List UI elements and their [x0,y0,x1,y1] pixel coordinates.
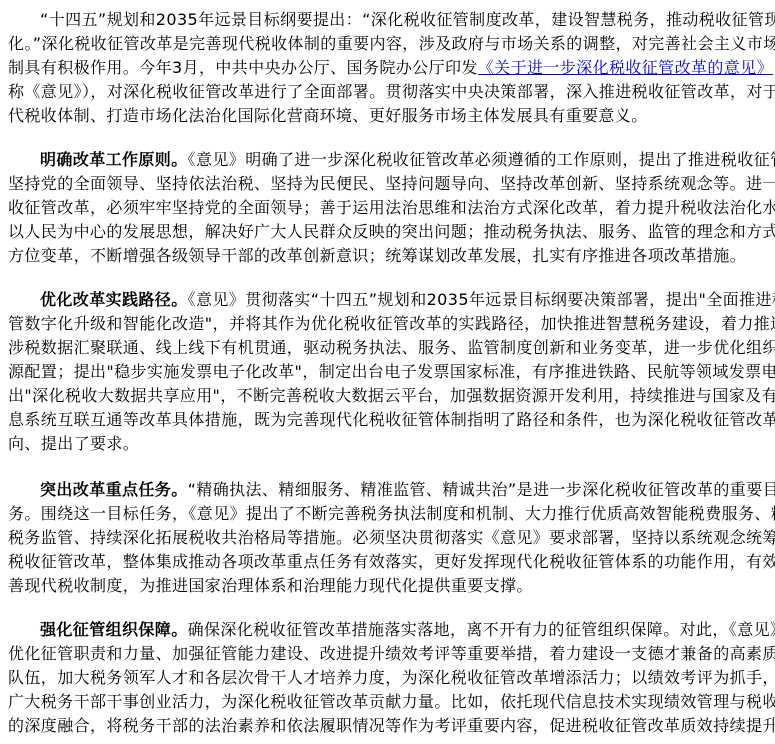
text-line: 优化改革实践路径。《意见》贯彻落实“十四五”规划和2035年远景目标纲要决策部署… [40,288,775,312]
text-line: 收征管改革，必须牢牢坚持党的全面领导；善于运用法治思维和法治方式深化改革，着力提… [8,196,775,220]
text-line: 涉税数据汇聚联通、线上线下有机贯通，驱动税务执法、服务、监管制度创新和业务变革，… [8,336,775,360]
text-line: 化。”深化税收征管改革是完善现代税收体制的重要内容，涉及政府与市场关系的调整，对… [8,32,775,56]
text-line: 代税收体制、打造市场化法治化国际化营商环境、更好服务市场主体发展具有重要意义。 [8,104,648,128]
text-line: 制具有积极作用。今年3月，中共中央办公厅、国务院办公厅印发《关于进一步深化税收征… [8,56,775,80]
line-text: 收征管改革，必须牢牢坚持党的全面领导；善于运用法治思维和法治方式深化改革，着力提… [8,198,775,217]
line-text: 务。围绕这一目标任务，《意见》提出了不断完善税务执法制度和机制、大力推行优质高效… [8,504,775,523]
section-heading: 突出改革重点任务。 [40,480,188,499]
line-text: “精确执法、精细服务、精准监管、精诚共治”是进一步深化税收征管改革的重要目 [188,480,775,499]
line-text: 涉税数据汇聚联通、线上线下有机贯通，驱动税务执法、服务、监管制度创新和业务变革，… [8,338,775,357]
section-heading: 强化征管组织保障。 [40,620,188,639]
text-line: 称《意见》），对深化税收征管改革进行了全面部署。贯彻落实中央决策部署，深入推进税… [8,80,775,104]
text-line: 强化征管组织保障。确保深化税收征管改革措施落实落地，离不开有力的征管组织保障。对… [40,618,775,642]
line-text: 优化征管职责和力量、加强征管能力建设、改进提升绩效考评等重要举措，着力建设一支德… [8,644,775,663]
text-line: 源配置；提出"稳步实施发票电子化改革"，制定出台电子发票国家标准，有序推进铁路、… [8,360,775,384]
text-line: 优化征管职责和力量、加强征管能力建设、改进提升绩效考评等重要举措，着力建设一支德… [8,642,775,666]
line-text: “十四五”规划和2035年远景目标纲要提出：“深化税收征管制度改革，建设智慧税务… [40,10,775,29]
line-text: 善现代税收制度，为推进国家治理体系和治理能力现代化提供重要支撑。 [8,576,533,595]
line-text: 息系统互联互通等改革具体措施，既为完善现代化税收征管体制指明了路径和条件，也为深… [8,410,775,429]
line-text: 化。”深化税收征管改革是完善现代税收体制的重要内容，涉及政府与市场关系的调整，对… [8,34,775,53]
text-line: 广大税务干部干事创业活力，为深化税收征管改革贡献力量。比如，依托现代信息技术实现… [8,690,775,714]
line-text: 《意见》贯彻落实“十四五”规划和2035年远景目标纲要决策部署，提出"全面推进税 [188,290,775,309]
text-line: 税收征管改革，整体集成推动各项改革重点任务有效落实，更好发挥现代化税收征管体系的… [8,550,775,574]
line-text: 的深度融合，将税务干部的法治素养和依法履职情况等作为考评重要内容，促进税收征管改… [8,716,775,735]
section-heading: 明确改革工作原则。 [40,150,188,169]
line-text: 源配置；提出"稳步实施发票电子化改革"，制定出台电子发票国家标准，有序推进铁路、… [8,362,775,381]
line-text: 出"深化税收大数据共享应用"，不断完善税收大数据云平台，加强数据资源开发利用，持… [8,386,775,405]
line-text: 方位变革，不断增强各级领导干部的改革创新意识；统筹谋划改革发展，扎实有序推进各项… [8,246,746,265]
line-text: 税收征管改革，整体集成推动各项改革重点任务有效落实，更好发挥现代化税收征管体系的… [8,552,775,571]
text-line: 队伍，加大税务领军人才和各层次骨干人才培养力度，为深化税收征管改革增添活力；以绩… [8,666,775,690]
line-text: 税务监管、持续深化拓展税收共治格局等措施。必须坚决贯彻落实《意见》要求部署，坚持… [8,528,775,547]
text-line: 坚持党的全面领导、坚持依法治税、坚持为民便民、坚持问题导向、坚持改革创新、坚持系… [8,172,775,196]
opinion-document-link[interactable]: 《关于进一步深化税收征管改革的意见》 [478,58,773,77]
text-line: 税务监管、持续深化拓展税收共治格局等措施。必须坚决贯彻落实《意见》要求部署，坚持… [8,526,775,550]
line-text: 队伍，加大税务领军人才和各层次骨干人才培养力度，为深化税收征管改革增添活力；以绩… [8,668,775,687]
text-line: 突出改革重点任务。“精确执法、精细服务、精准监管、精诚共治”是进一步深化税收征管… [40,478,775,502]
line-text: 以人民为中心的发展思想，解决好广大人民群众反映的突出问题；推动税务执法、服务、监… [8,222,775,241]
text-line: 管数字化升级和智能化改造"，并将其作为优化税收征管改革的实践路径，加快推进智慧税… [8,312,775,336]
line-text: 向、提出了要求。 [8,434,139,453]
text-line: 方位变革，不断增强各级领导干部的改革创新意识；统筹谋划改革发展，扎实有序推进各项… [8,244,746,268]
text-line: 明确改革工作原则。《意见》明确了进一步深化税收征管改革必须遵循的工作原则，提出了… [40,148,775,172]
text-line: 善现代税收制度，为推进国家治理体系和治理能力现代化提供重要支撑。 [8,574,533,598]
text-line: “十四五”规划和2035年远景目标纲要提出：“深化税收征管制度改革，建设智慧税务… [40,8,775,32]
line-text: 坚持党的全面领导、坚持依法治税、坚持为民便民、坚持问题导向、坚持改革创新、坚持系… [8,174,775,193]
line-text: 广大税务干部干事创业活力，为深化税收征管改革贡献力量。比如，依托现代信息技术实现… [8,692,775,711]
text-line: 息系统互联互通等改革具体措施，既为完善现代化税收征管体制指明了路径和条件，也为深… [8,408,775,432]
section-heading: 优化改革实践路径。 [40,290,188,309]
line-text: 确保深化税收征管改革措施落实落地，离不开有力的征管组织保障。对此，《意见》 [188,620,775,639]
text-line: 出"深化税收大数据共享应用"，不断完善税收大数据云平台，加强数据资源开发利用，持… [8,384,775,408]
line-text: 称《意见》），对深化税收征管改革进行了全面部署。贯彻落实中央决策部署，深入推进税… [8,82,775,101]
line-text: 《意见》明确了进一步深化税收征管改革必须遵循的工作原则，提出了推进税收征管 [188,150,775,169]
line-text: 代税收体制、打造市场化法治化国际化营商环境、更好服务市场主体发展具有重要意义。 [8,106,648,125]
text-line: 的深度融合，将税务干部的法治素养和依法履职情况等作为考评重要内容，促进税收征管改… [8,714,775,738]
text-line: 务。围绕这一目标任务，《意见》提出了不断完善税务执法制度和机制、大力推行优质高效… [8,502,775,526]
text-line: 以人民为中心的发展思想，解决好广大人民群众反映的突出问题；推动税务执法、服务、监… [8,220,775,244]
line-text: 制具有积极作用。今年3月，中共中央办公厅、国务院办公厅印发 [8,58,478,77]
text-line: 向、提出了要求。 [8,432,139,456]
line-text: 管数字化升级和智能化改造"，并将其作为优化税收征管改革的实践路径，加快推进智慧税… [8,314,775,333]
